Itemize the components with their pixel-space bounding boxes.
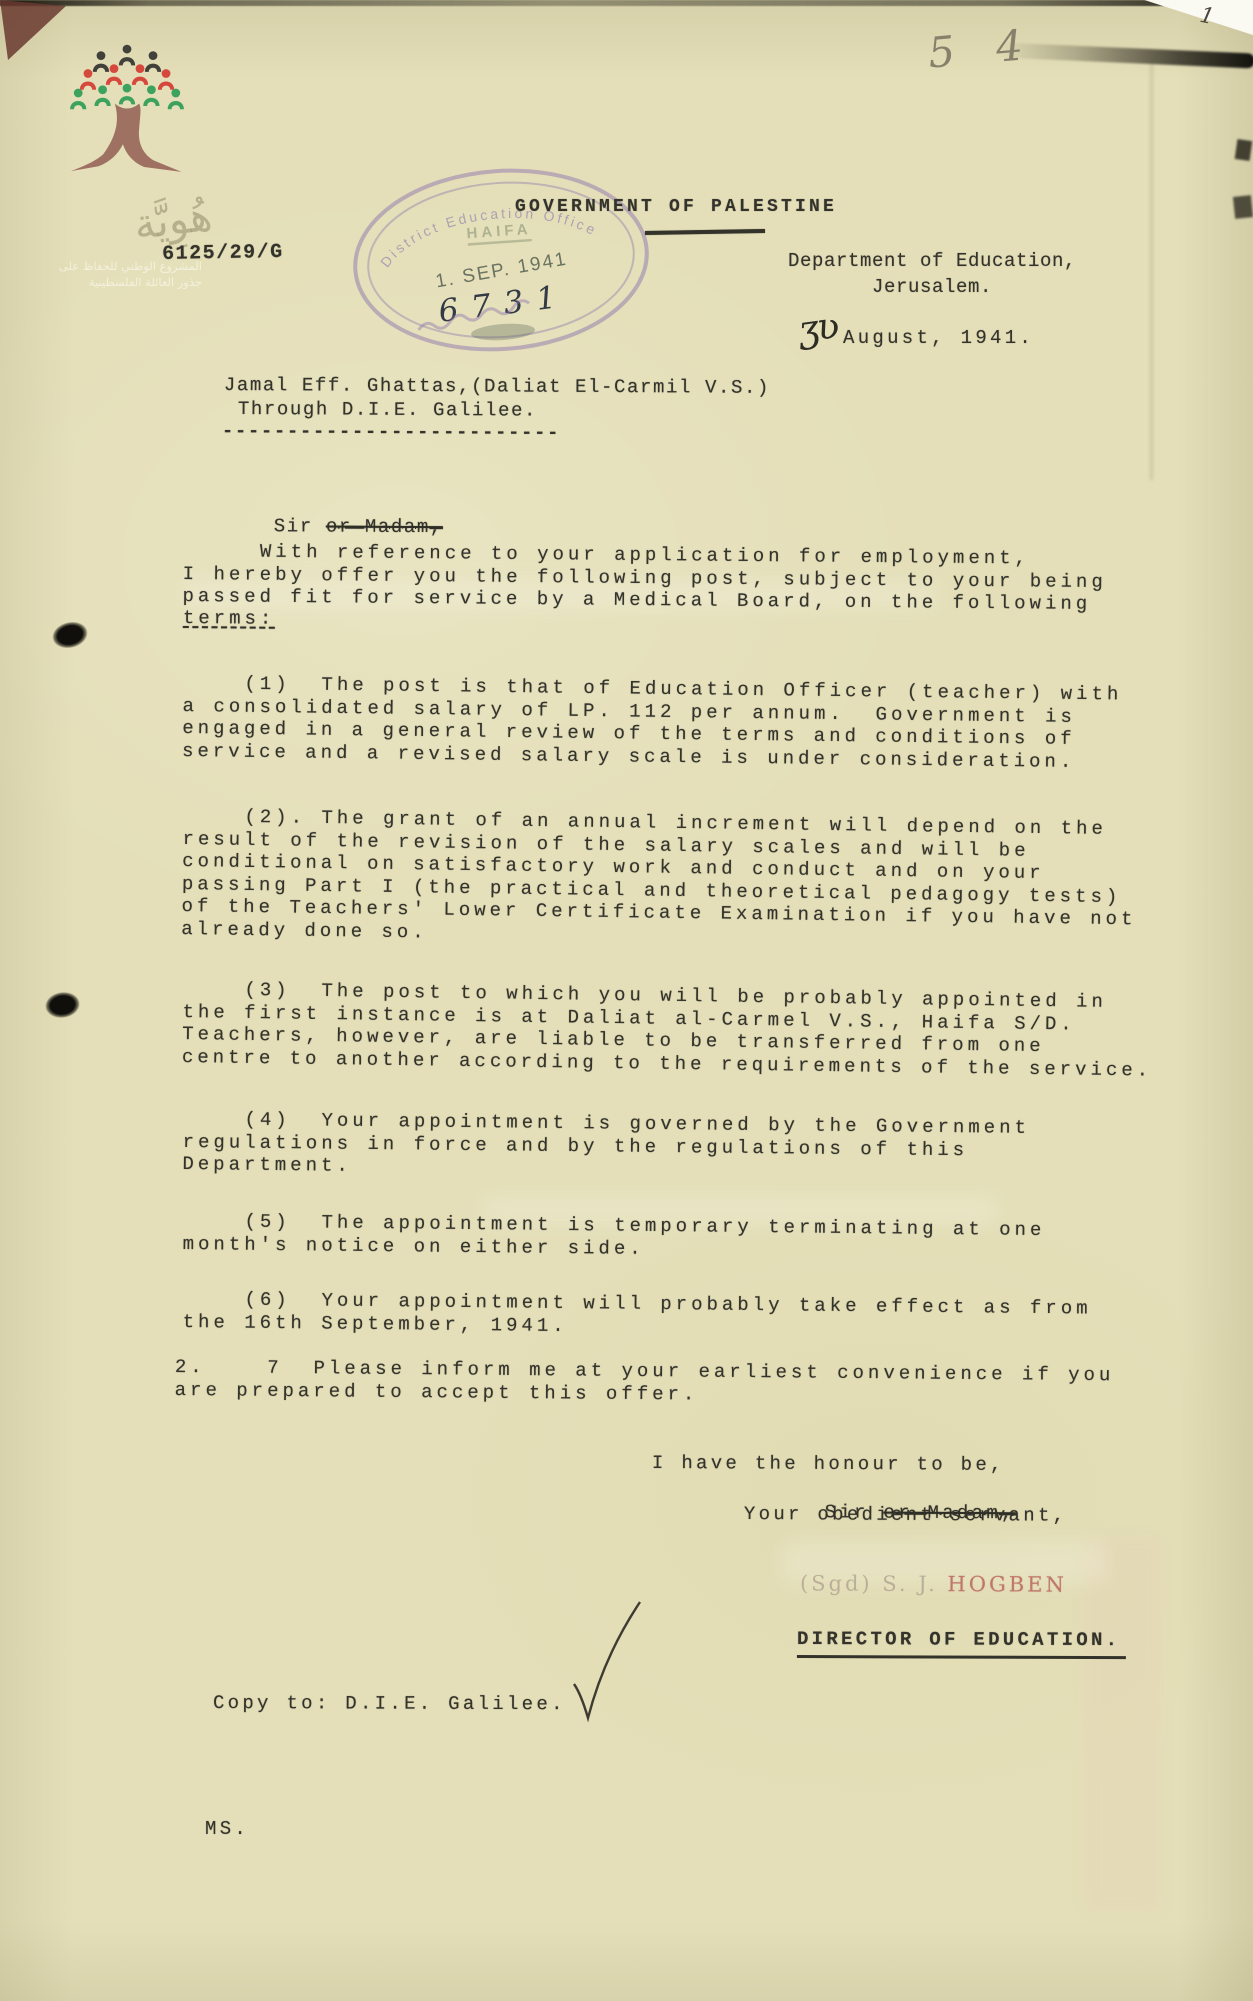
body-item-5: (5) The appointment is temporary termina…: [183, 1210, 1046, 1264]
body-item-2: (2). The grant of an annual increment wi…: [181, 805, 1138, 953]
scan-top-edge: [0, 0, 1253, 6]
signature-name: HOGBEN: [947, 1572, 1067, 1597]
logo-people-dark: [93, 45, 161, 72]
paper-crease: [1150, 60, 1153, 480]
edge-mark-2: [1233, 195, 1253, 219]
logo-trunk: [71, 104, 182, 172]
body-item-4: (4) Your appointment is governed by the …: [182, 1108, 1030, 1184]
pencil-page-number: 5 4: [926, 19, 1039, 77]
stamp-place: HAIFA: [466, 221, 532, 242]
addressee-line2: Through D.I.E. Galilee.: [238, 398, 537, 422]
hole-punch-bottom: [43, 990, 81, 1021]
valediction-line1: I have the honour to be,: [652, 1452, 1005, 1476]
archive-tree-logo: [66, 40, 188, 207]
addressee-line1: Jamal Eff. Ghattas,(Daliat El-Carmil V.S…: [224, 374, 770, 399]
signature-line: (Sgd) S. J. HOGBEN: [800, 1571, 1067, 1596]
reference-number: 6125/29/G: [162, 242, 284, 267]
date-day-handwritten: ʒʋ: [795, 303, 840, 351]
body-closing-request: 2. 7 Please inform me at your earliest c…: [175, 1356, 1115, 1409]
document-page: هُوِيَّة المشروع الوطني للحفاظ على جذور …: [0, 0, 1253, 2001]
body-terms-word: terms:: [183, 607, 276, 630]
body-intro-paragraph: With reference to your application for e…: [182, 540, 1107, 616]
signature-title: DIRECTOR OF EDUCATION.: [797, 1628, 1127, 1659]
salutation-struck-text: or Madam,: [326, 515, 443, 538]
watermark-subtitle-2: جذور العائلة الفلسطينية: [52, 274, 202, 290]
body-item-6: (6) Your appointment will probably take …: [183, 1288, 1092, 1343]
letterhead-title-rule: [645, 229, 765, 235]
typist-initials: MS.: [205, 1818, 249, 1841]
letterhead-department: Department of Education,: [788, 250, 1076, 273]
letterhead-date: August, 1941.: [843, 327, 1034, 350]
edge-mark-1: [1235, 139, 1253, 161]
letterhead-city: Jerusalem.: [872, 276, 992, 299]
signature-sgd: (Sgd) S. J.: [800, 1571, 948, 1596]
salutation-prefix: Sir: [274, 515, 326, 537]
pink-scan-band: [1085, 1540, 1160, 1910]
receiving-stamp: District Education Office HAIFA 1. SEP. …: [342, 154, 661, 367]
body-item-3: (3) The post to which you will be probab…: [182, 978, 1153, 1082]
copy-to-line: Copy to: D.I.E. Galilee.: [213, 1692, 566, 1716]
letterhead-title: GOVERNMENT OF PALESTINE: [515, 196, 837, 219]
addressee-rule: --------------------------: [222, 420, 560, 444]
hole-punch-top: [49, 618, 90, 652]
checkmark-tick: [560, 1592, 660, 1732]
valediction-line3: Your obedient servant,: [744, 1503, 1068, 1527]
logo-people-green: [70, 84, 184, 110]
body-item-1: (1) The post is that of Education Office…: [182, 672, 1123, 773]
